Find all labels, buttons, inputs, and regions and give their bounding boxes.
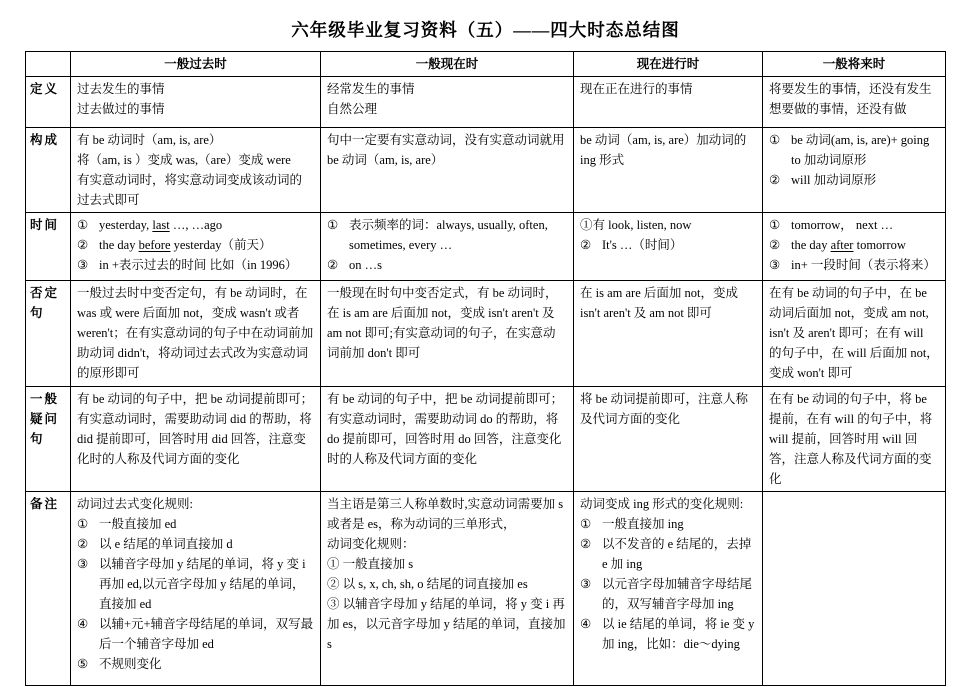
list-number: ④ [580, 614, 602, 654]
cell-text: 以不发音的 e 结尾的，去掉 e 加 ing [602, 534, 756, 574]
row-label: 一般疑问句 [26, 387, 71, 492]
column-header: 现在进行时 [574, 52, 763, 77]
cell-text: be 动词(am, is, are)+ going to 加动词原形 [791, 130, 939, 170]
table-cell: 将 be 动词提前即可，注意人称及代词方面的变化 [574, 387, 763, 492]
cell-text: 将（am, is ）变成 was,（are）变成 were [77, 150, 314, 170]
cell-text: 有实意动词时，将实意动词变成该动词的过去式即可 [77, 170, 314, 210]
table-cell: 句中一定要有实意动词，没有实意动词就用 be 动词（am, is, are） [321, 128, 574, 213]
list-number: ① [77, 514, 99, 534]
cell-text: 有 be 动词的句子中，把 be 动词提前即可；有实意动词时，需要助动词 did… [77, 389, 314, 469]
list-number: ③ [77, 255, 99, 275]
column-header: 一般现在时 [321, 52, 574, 77]
list-number: ④ [77, 614, 99, 654]
numbered-line: ②It's …（时间） [580, 235, 756, 255]
numbered-line: ①一般直接加 ed [77, 514, 314, 534]
list-number: ② [580, 235, 602, 255]
table-cell: 在 is am are 后面加 not，变成 isn't aren't 及 am… [574, 281, 763, 387]
row-label: 定义 [26, 77, 71, 128]
list-number: ③ [580, 574, 602, 614]
numbered-line: ④以辅+元+辅音字母结尾的单词，双写最后一个辅音字母加 ed [77, 614, 314, 654]
list-number: ② [77, 534, 99, 554]
cell-text: 在有 be 动词的句子中，将 be 提前，在有 will 的句子中，将 will… [769, 389, 939, 489]
row-label: 时间 [26, 213, 71, 281]
table-row: 备注动词过去式变化规则:①一般直接加 ed②以 e 结尾的单词直接加 d③以辅音… [26, 492, 946, 686]
cell-text: 自然公理 [327, 99, 567, 119]
cell-text: 将要发生的事情，还没有发生 [769, 79, 939, 99]
list-number: ③ [77, 554, 99, 614]
cell-text: 不规则变化 [99, 654, 314, 674]
numbered-line: ③以元音字母加辅音字母结尾的，双写辅音字母加 ing [580, 574, 756, 614]
table-cell: 在有 be 动词的句子中，在 be 动词后面加 not，变成 am not, i… [763, 281, 946, 387]
numbered-line: ③in+ 一段时间（表示将来） [769, 255, 939, 275]
cell-text: 以辅+元+辅音字母结尾的单词，双写最后一个辅音字母加 ed [99, 614, 314, 654]
cell-text: the day before yesterday（前天） [99, 235, 314, 255]
cell-text: 过去发生的事情 [77, 79, 314, 99]
table-cell: 当主语是第三人称单数时,实意动词需要加 s 或者是 es，称为动词的三单形式，动… [321, 492, 574, 686]
numbered-line: ②以 e 结尾的单词直接加 d [77, 534, 314, 554]
cell-text: 一般直接加 ing [602, 514, 756, 534]
page-title: 六年级毕业复习资料（五）——四大时态总结图 [0, 0, 971, 42]
cell-text: 一般直接加 ed [99, 514, 314, 534]
table-cell: 现在正在进行的事情 [574, 77, 763, 128]
cell-text: yesterday, last …, …ago [99, 215, 314, 235]
table-cell: 过去发生的事情过去做过的事情 [71, 77, 321, 128]
cell-text: 有 be 动词时（am, is, are） [77, 130, 314, 150]
cell-text: 现在正在进行的事情 [580, 79, 756, 99]
list-number: ① [327, 215, 349, 255]
numbered-line: ②以不发音的 e 结尾的，去掉 e 加 ing [580, 534, 756, 574]
cell-text: 一般过去时中变否定句，有 be 动词时，在 was 或 were 后面加 not… [77, 283, 314, 383]
numbered-line: ③in +表示过去的时间 比如（in 1996） [77, 255, 314, 275]
cell-text: 句中一定要有实意动词，没有实意动词就用 be 动词（am, is, are） [327, 130, 567, 170]
table-cell: 有 be 动词的句子中，把 be 动词提前即可；有实意动词时，需要助动词 do … [321, 387, 574, 492]
list-number: ① [769, 130, 791, 170]
list-number: ② [580, 534, 602, 574]
cell-text: ③ 以辅音字母加 y 结尾的单词，将 y 变 i 再加 es，以元音字母加 y … [327, 594, 567, 654]
table-cell: 一般现在时句中变否定式，有 be 动词时，在 is am are 后面加 not… [321, 281, 574, 387]
cell-text: 动词过去式变化规则: [77, 494, 314, 514]
table-cell: 经常发生的事情自然公理 [321, 77, 574, 128]
cell-text: ①有 look, listen, now [580, 215, 756, 235]
numbered-line: ①yesterday, last …, …ago [77, 215, 314, 235]
table-cell: ①be 动词(am, is, are)+ going to 加动词原形②will… [763, 128, 946, 213]
cell-text: 以 ie 结尾的单词，将 ie 变 y 加 ing，比如：die～dying [602, 614, 756, 654]
table-cell [763, 492, 946, 686]
table-row: 一般疑问句有 be 动词的句子中，把 be 动词提前即可；有实意动词时，需要助动… [26, 387, 946, 492]
table-cell: 将要发生的事情，还没有发生想要做的事情，还没有做 [763, 77, 946, 128]
row-label: 构成 [26, 128, 71, 213]
table-cell: ①表示频率的词：always, usually, often, sometime… [321, 213, 574, 281]
list-number: ② [769, 170, 791, 190]
cell-text: be 动词（am, is, are）加动词的 ing 形式 [580, 130, 756, 170]
table-row: 构成有 be 动词时（am, is, are）将（am, is ）变成 was,… [26, 128, 946, 213]
cell-text: 以元音字母加辅音字母结尾的，双写辅音字母加 ing [602, 574, 756, 614]
cell-text: ① 一般直接加 s [327, 554, 567, 574]
cell-text: 想要做的事情，还没有做 [769, 99, 939, 119]
table-row: 定义过去发生的事情过去做过的事情经常发生的事情自然公理现在正在进行的事情将要发生… [26, 77, 946, 128]
cell-text: 表示频率的词：always, usually, often, sometimes… [349, 215, 567, 255]
list-number: ③ [769, 255, 791, 275]
cell-text: 经常发生的事情 [327, 79, 567, 99]
tense-summary-table: 一般过去时一般现在时现在进行时一般将来时 定义过去发生的事情过去做过的事情经常发… [25, 51, 946, 686]
cell-text: in+ 一段时间（表示将来） [791, 255, 939, 275]
numbered-line: ②on …s [327, 255, 567, 275]
row-label: 备注 [26, 492, 71, 686]
cell-text: 将 be 动词提前即可，注意人称及代词方面的变化 [580, 389, 756, 429]
table-cell: 有 be 动词的句子中，把 be 动词提前即可；有实意动词时，需要助动词 did… [71, 387, 321, 492]
cell-text: 过去做过的事情 [77, 99, 314, 119]
numbered-line: ②will 加动词原形 [769, 170, 939, 190]
numbered-line: ③以辅音字母加 y 结尾的单词，将 y 变 i 再加 ed,以元音字母加 y 结… [77, 554, 314, 614]
table-cell: 动词过去式变化规则:①一般直接加 ed②以 e 结尾的单词直接加 d③以辅音字母… [71, 492, 321, 686]
list-number: ① [769, 215, 791, 235]
numbered-line: ⑤不规则变化 [77, 654, 314, 674]
numbered-line: ①表示频率的词：always, usually, often, sometime… [327, 215, 567, 255]
table-cell: 动词变成 ing 形式的变化规则:①一般直接加 ing②以不发音的 e 结尾的，… [574, 492, 763, 686]
cell-text: tomorrow， next … [791, 215, 939, 235]
corner-cell [26, 52, 71, 77]
list-number: ① [77, 215, 99, 235]
cell-text: 当主语是第三人称单数时,实意动词需要加 s 或者是 es，称为动词的三单形式， [327, 494, 567, 534]
column-header: 一般将来时 [763, 52, 946, 77]
numbered-line: ①一般直接加 ing [580, 514, 756, 534]
list-number: ② [769, 235, 791, 255]
cell-text: the day after tomorrow [791, 235, 939, 255]
cell-text: 一般现在时句中变否定式，有 be 动词时，在 is am are 后面加 not… [327, 283, 567, 363]
numbered-line: ②the day after tomorrow [769, 235, 939, 255]
cell-text: 以辅音字母加 y 结尾的单词，将 y 变 i 再加 ed,以元音字母加 y 结尾… [99, 554, 314, 614]
cell-text: 以 e 结尾的单词直接加 d [99, 534, 314, 554]
table-cell: 一般过去时中变否定句，有 be 动词时，在 was 或 were 后面加 not… [71, 281, 321, 387]
cell-text: 有 be 动词的句子中，把 be 动词提前即可；有实意动词时，需要助动词 do … [327, 389, 567, 469]
table-row: 否定句一般过去时中变否定句，有 be 动词时，在 was 或 were 后面加 … [26, 281, 946, 387]
row-label: 否定句 [26, 281, 71, 387]
table-cell: ①有 look, listen, now②It's …（时间） [574, 213, 763, 281]
cell-text: on …s [349, 255, 567, 275]
column-header: 一般过去时 [71, 52, 321, 77]
cell-text: in +表示过去的时间 比如（in 1996） [99, 255, 314, 275]
table-cell: 在有 be 动词的句子中，将 be 提前，在有 will 的句子中，将 will… [763, 387, 946, 492]
cell-text: 动词变成 ing 形式的变化规则: [580, 494, 756, 514]
table-cell: ①yesterday, last …, …ago②the day before … [71, 213, 321, 281]
table-cell: 有 be 动词时（am, is, are）将（am, is ）变成 was,（a… [71, 128, 321, 213]
numbered-line: ①tomorrow， next … [769, 215, 939, 235]
list-number: ② [327, 255, 349, 275]
cell-text: It's …（时间） [602, 235, 756, 255]
cell-text: 动词变化规则： [327, 534, 567, 554]
numbered-line: ④以 ie 结尾的单词，将 ie 变 y 加 ing，比如：die～dying [580, 614, 756, 654]
table-cell: ①tomorrow， next …②the day after tomorrow… [763, 213, 946, 281]
table-cell: be 动词（am, is, are）加动词的 ing 形式 [574, 128, 763, 213]
numbered-line: ①be 动词(am, is, are)+ going to 加动词原形 [769, 130, 939, 170]
cell-text: 在 is am are 后面加 not，变成 isn't aren't 及 am… [580, 283, 756, 323]
cell-text: will 加动词原形 [791, 170, 939, 190]
list-number: ② [77, 235, 99, 255]
list-number: ① [580, 514, 602, 534]
cell-text: 在有 be 动词的句子中，在 be 动词后面加 not，变成 am not, i… [769, 283, 939, 383]
list-number: ⑤ [77, 654, 99, 674]
cell-text: ② 以 s, x, ch, sh, o 结尾的词直接加 es [327, 574, 567, 594]
table-body: 定义过去发生的事情过去做过的事情经常发生的事情自然公理现在正在进行的事情将要发生… [26, 77, 946, 686]
numbered-line: ②the day before yesterday（前天） [77, 235, 314, 255]
table-header-row: 一般过去时一般现在时现在进行时一般将来时 [26, 52, 946, 77]
table-row: 时间①yesterday, last …, …ago②the day befor… [26, 213, 946, 281]
